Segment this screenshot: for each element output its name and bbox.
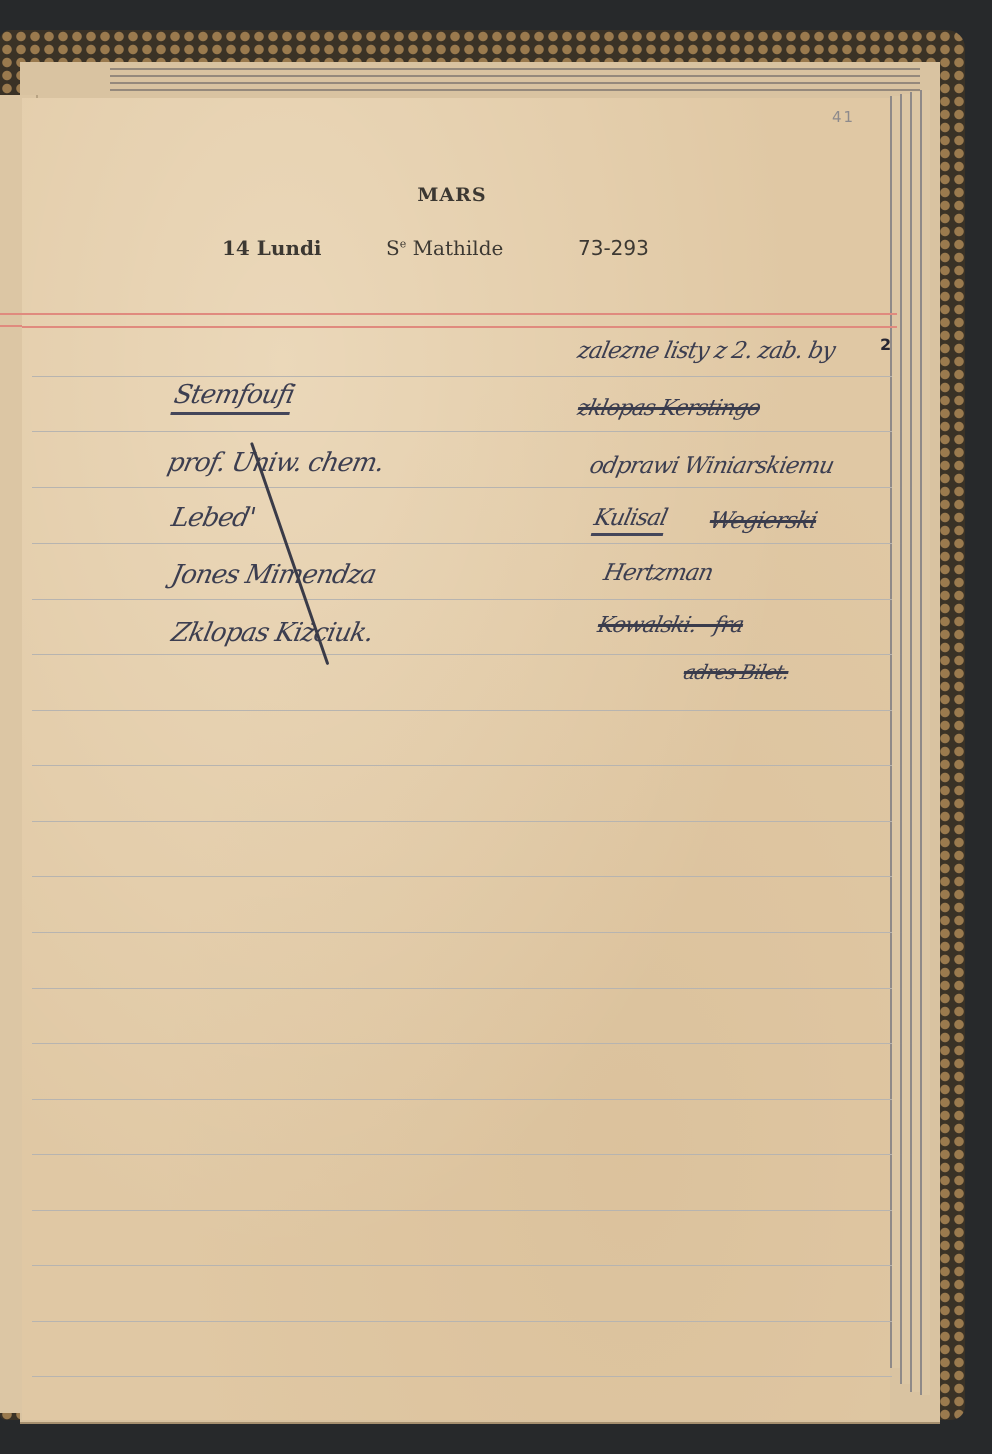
left-entry: Zklopas Kiżciuk. <box>169 618 376 648</box>
page-edge-sheet <box>910 92 920 1392</box>
ruled-line <box>32 431 892 432</box>
ruled-line <box>32 988 892 989</box>
day-label: 14 Lundi <box>222 236 322 260</box>
left-entry: Jones Mimendza <box>169 560 379 590</box>
ruled-line <box>32 1099 892 1100</box>
ruled-line <box>32 1043 892 1044</box>
ruled-line <box>32 1154 892 1155</box>
saint-day: Se Mathilde <box>386 236 503 260</box>
page-number: 41 <box>832 108 855 126</box>
ruled-line <box>32 710 892 711</box>
ruled-line <box>32 376 892 377</box>
saint-prefix: S <box>386 236 400 260</box>
month-heading: MARS <box>22 184 882 206</box>
ruled-line <box>32 487 892 488</box>
ruled-line <box>32 876 892 877</box>
saint-name: Mathilde <box>406 236 503 260</box>
ruled-line <box>32 1265 892 1266</box>
day-count: 73-293 <box>578 236 649 260</box>
right-entry-struck: zklopas Kerstingo <box>575 396 762 421</box>
right-entry-struck: Kowalski. - fra <box>595 613 745 638</box>
page-edge-sheet <box>900 94 910 1384</box>
right-entry-struck: Wegierski <box>707 508 819 534</box>
ruled-line <box>32 1376 892 1377</box>
diary-page: 41 MARS 14 Lundi Se Mathilde 73-293 Stem… <box>22 98 890 1420</box>
ruled-line <box>32 1210 892 1211</box>
ruled-line <box>32 821 892 822</box>
right-entry: odprawi Winiarskiemu <box>587 453 836 479</box>
left-entry: Lebed' <box>169 503 258 533</box>
ruled-line <box>32 654 892 655</box>
right-entry-struck: adres Bilet. <box>681 660 791 684</box>
page-edge-sheet <box>890 96 900 1368</box>
left-heading: Stemfoufi <box>170 380 297 415</box>
page-edge-sheet <box>920 90 930 1395</box>
page-edge-line <box>110 68 920 70</box>
right-entry: Hertzman <box>601 560 715 586</box>
page-edge-line <box>110 89 920 91</box>
ruled-line <box>32 1321 892 1322</box>
right-entry: zalezne listy z 2. zab. by <box>575 338 837 364</box>
red-rule <box>22 326 897 328</box>
page-edge-line <box>110 82 920 84</box>
ruled-line <box>32 543 892 544</box>
ruled-line <box>32 765 892 766</box>
page-edge-line <box>110 75 920 77</box>
ruled-line <box>32 599 892 600</box>
right-entry-underlined: Kulisal <box>591 505 670 536</box>
left-entry: prof. Uniw. chem. <box>165 448 387 478</box>
red-rule <box>22 313 897 315</box>
ruled-line <box>32 932 892 933</box>
margin-mark: 2 <box>880 335 891 354</box>
